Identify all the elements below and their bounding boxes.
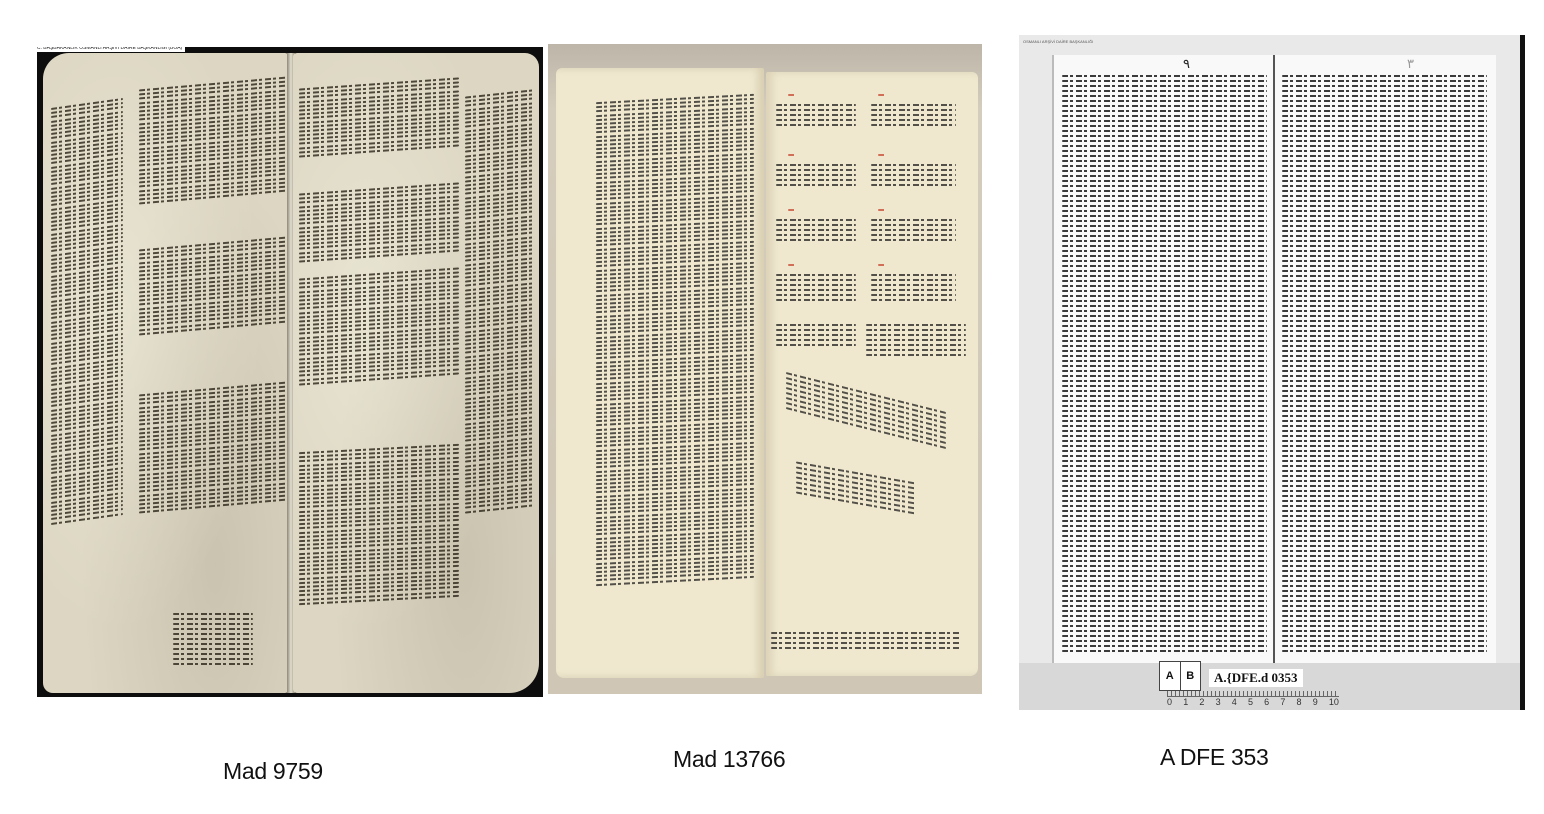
caption-a-dfe-353: A DFE 353 xyxy=(1160,744,1269,771)
logo-letter-b: B xyxy=(1181,662,1201,690)
entry xyxy=(776,164,856,194)
red-ink-mark xyxy=(878,154,886,158)
catalog-signature-label: A.{DFE.d 0353 xyxy=(1209,669,1303,687)
ruler-label: 1 xyxy=(1183,697,1188,707)
red-ink-mark xyxy=(788,154,796,158)
ruler-label: 7 xyxy=(1280,697,1285,707)
entry-diagonal xyxy=(786,372,946,472)
handwriting-block xyxy=(299,267,459,418)
handwriting-ledger xyxy=(1062,75,1267,655)
entry xyxy=(776,274,856,308)
handwriting-note xyxy=(173,613,253,683)
handwriting-block xyxy=(596,94,754,522)
handwriting-block xyxy=(139,77,287,230)
archive-logo: A B xyxy=(1159,661,1201,691)
folio-number-left: ٩ xyxy=(1183,57,1190,72)
handwriting-block xyxy=(299,77,459,178)
handwriting-ledger xyxy=(1282,75,1487,655)
entry xyxy=(776,104,856,134)
manuscript-right-page xyxy=(1274,55,1496,675)
ruler-label: 4 xyxy=(1232,697,1237,707)
scan-edge xyxy=(1520,35,1525,710)
ruler-label: 10 xyxy=(1329,697,1339,707)
entry xyxy=(871,274,956,308)
scale-ruler: 0 1 2 3 4 5 6 7 8 9 10 xyxy=(1167,691,1339,709)
ruler-label: 0 xyxy=(1167,697,1172,707)
entry xyxy=(776,324,856,354)
logo-letter-a: A xyxy=(1160,662,1181,690)
handwriting-block xyxy=(139,237,287,360)
entry xyxy=(871,219,956,249)
manuscript-image-mad-13766 xyxy=(548,44,982,694)
handwriting-margin-column xyxy=(465,89,533,676)
manuscript-right-page xyxy=(766,72,978,676)
manuscript-right-page xyxy=(293,53,539,693)
red-ink-mark xyxy=(788,209,796,213)
manuscript-left-page xyxy=(1052,55,1276,675)
entry xyxy=(871,104,956,134)
red-ink-mark xyxy=(878,209,886,213)
entry xyxy=(866,324,966,364)
handwriting-column xyxy=(51,98,123,697)
entry xyxy=(776,219,856,249)
red-ink-mark xyxy=(878,94,886,98)
manuscript-left-page xyxy=(556,68,764,678)
red-ink-mark xyxy=(788,264,796,268)
caption-mad-9759: Mad 9759 xyxy=(223,758,323,785)
entry xyxy=(871,164,956,194)
handwriting-block xyxy=(299,444,459,652)
ruler-label: 6 xyxy=(1264,697,1269,707)
manuscript-image-a-dfe-353: OSMANLI ARŞİVİ DAİRE BAŞKANLIĞI ٩ ٣ A B … xyxy=(1019,35,1525,710)
manuscript-left-page xyxy=(43,53,289,693)
ruler-label: 2 xyxy=(1199,697,1204,707)
entry-footer xyxy=(771,632,961,657)
book-gutter xyxy=(1273,55,1275,675)
ruler-label: 8 xyxy=(1297,697,1302,707)
ruler-label: 3 xyxy=(1216,697,1221,707)
folio-number-right: ٣ xyxy=(1407,57,1414,72)
ruler-label: 5 xyxy=(1248,697,1253,707)
archive-header-text: T.C. BAŞBAKANLIK OSMANLI ARŞİVİ DAİRE BA… xyxy=(37,47,185,52)
caption-mad-13766: Mad 13766 xyxy=(673,746,785,773)
ruler-label: 9 xyxy=(1313,697,1318,707)
handwriting-block xyxy=(139,382,287,545)
red-ink-mark xyxy=(878,264,886,268)
archive-header-text: OSMANLI ARŞİVİ DAİRE BAŞKANLIĞI xyxy=(1023,39,1093,44)
entry-diagonal xyxy=(796,461,916,532)
red-ink-mark xyxy=(788,94,796,98)
manuscript-image-mad-9759: T.C. BAŞBAKANLIK OSMANLI ARŞİVİ DAİRE BA… xyxy=(37,47,543,697)
